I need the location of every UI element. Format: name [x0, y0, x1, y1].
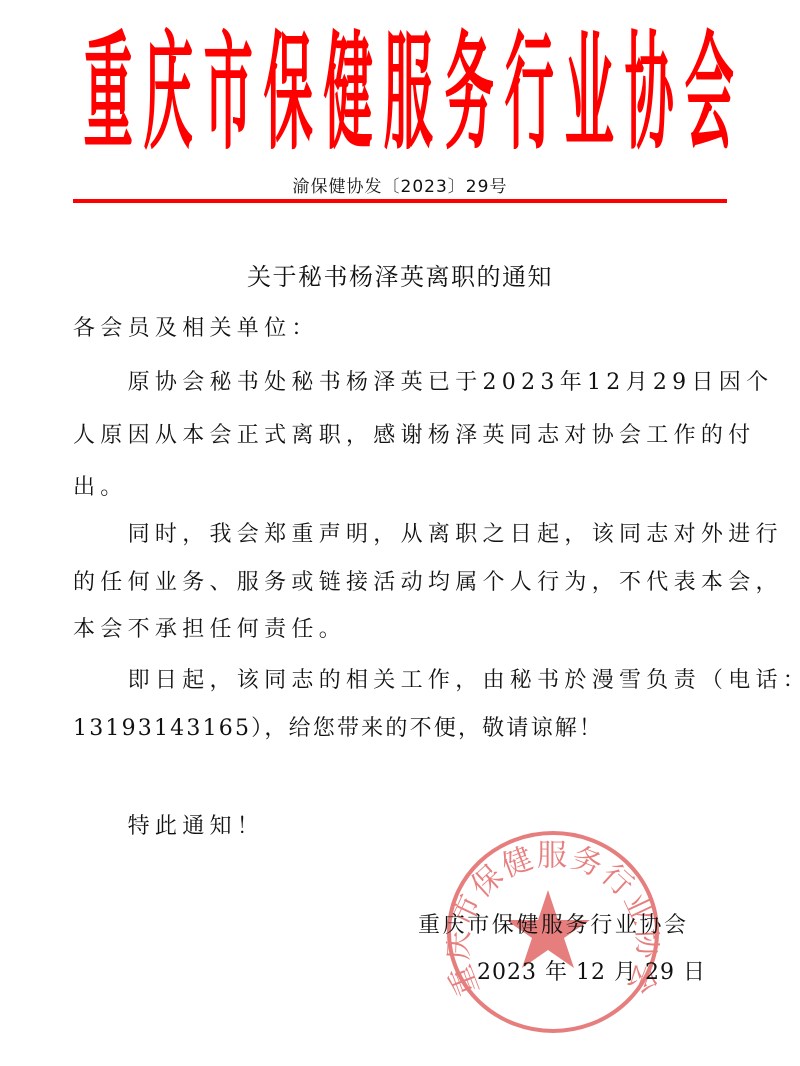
closing-line: 特此通知！: [73, 813, 264, 841]
notice-title: 关于秘书杨泽英离职的通知: [0, 257, 800, 292]
letterhead-divider: [73, 199, 727, 203]
body-line: 本会不承担任何责任。: [73, 616, 346, 644]
signature-organization: 重庆市保健服务行业协会: [418, 908, 689, 939]
letterhead-char: 市: [204, 31, 236, 158]
letterhead-char: 务: [444, 31, 476, 158]
signature-date: 2023 年 12 月 29 日: [477, 955, 706, 986]
body-line: 的任何业务、服务或链接活动均属个人行为，不代表本会，: [73, 569, 783, 597]
letterhead-char: 会: [685, 31, 717, 158]
letterhead-char: 行: [504, 31, 536, 158]
letterhead-title: 重 庆 市 保 健 服 务 行 业 协 会: [73, 22, 727, 167]
letterhead-char: 保: [264, 31, 296, 158]
body-line: 即日起，该同志的相关工作，由秘书於漫雪负责（电话：: [73, 667, 800, 695]
body-line: 出。: [73, 474, 128, 502]
letterhead-char: 健: [324, 31, 356, 158]
letterhead-char: 协: [624, 31, 656, 158]
letterhead-char: 重: [84, 31, 116, 158]
body-line: 人原因从本会正式离职，感谢杨泽英同志对协会工作的付: [73, 422, 756, 450]
letterhead-char: 服: [384, 31, 416, 158]
body-line: 同时，我会郑重声明，从离职之日起，该同志对外进行: [73, 521, 783, 549]
salutation: 各会员及相关单位：: [73, 315, 319, 343]
body-line: 原协会秘书处秘书杨泽英已于2023年12月29日因个: [73, 369, 773, 397]
letterhead-char: 庆: [144, 31, 176, 158]
letterhead-char: 业: [564, 31, 596, 158]
document-number: 渝保健协发〔2023〕29号: [0, 172, 800, 197]
body-line: 13193143165），给您带来的不便，敬请谅解！: [73, 715, 603, 743]
